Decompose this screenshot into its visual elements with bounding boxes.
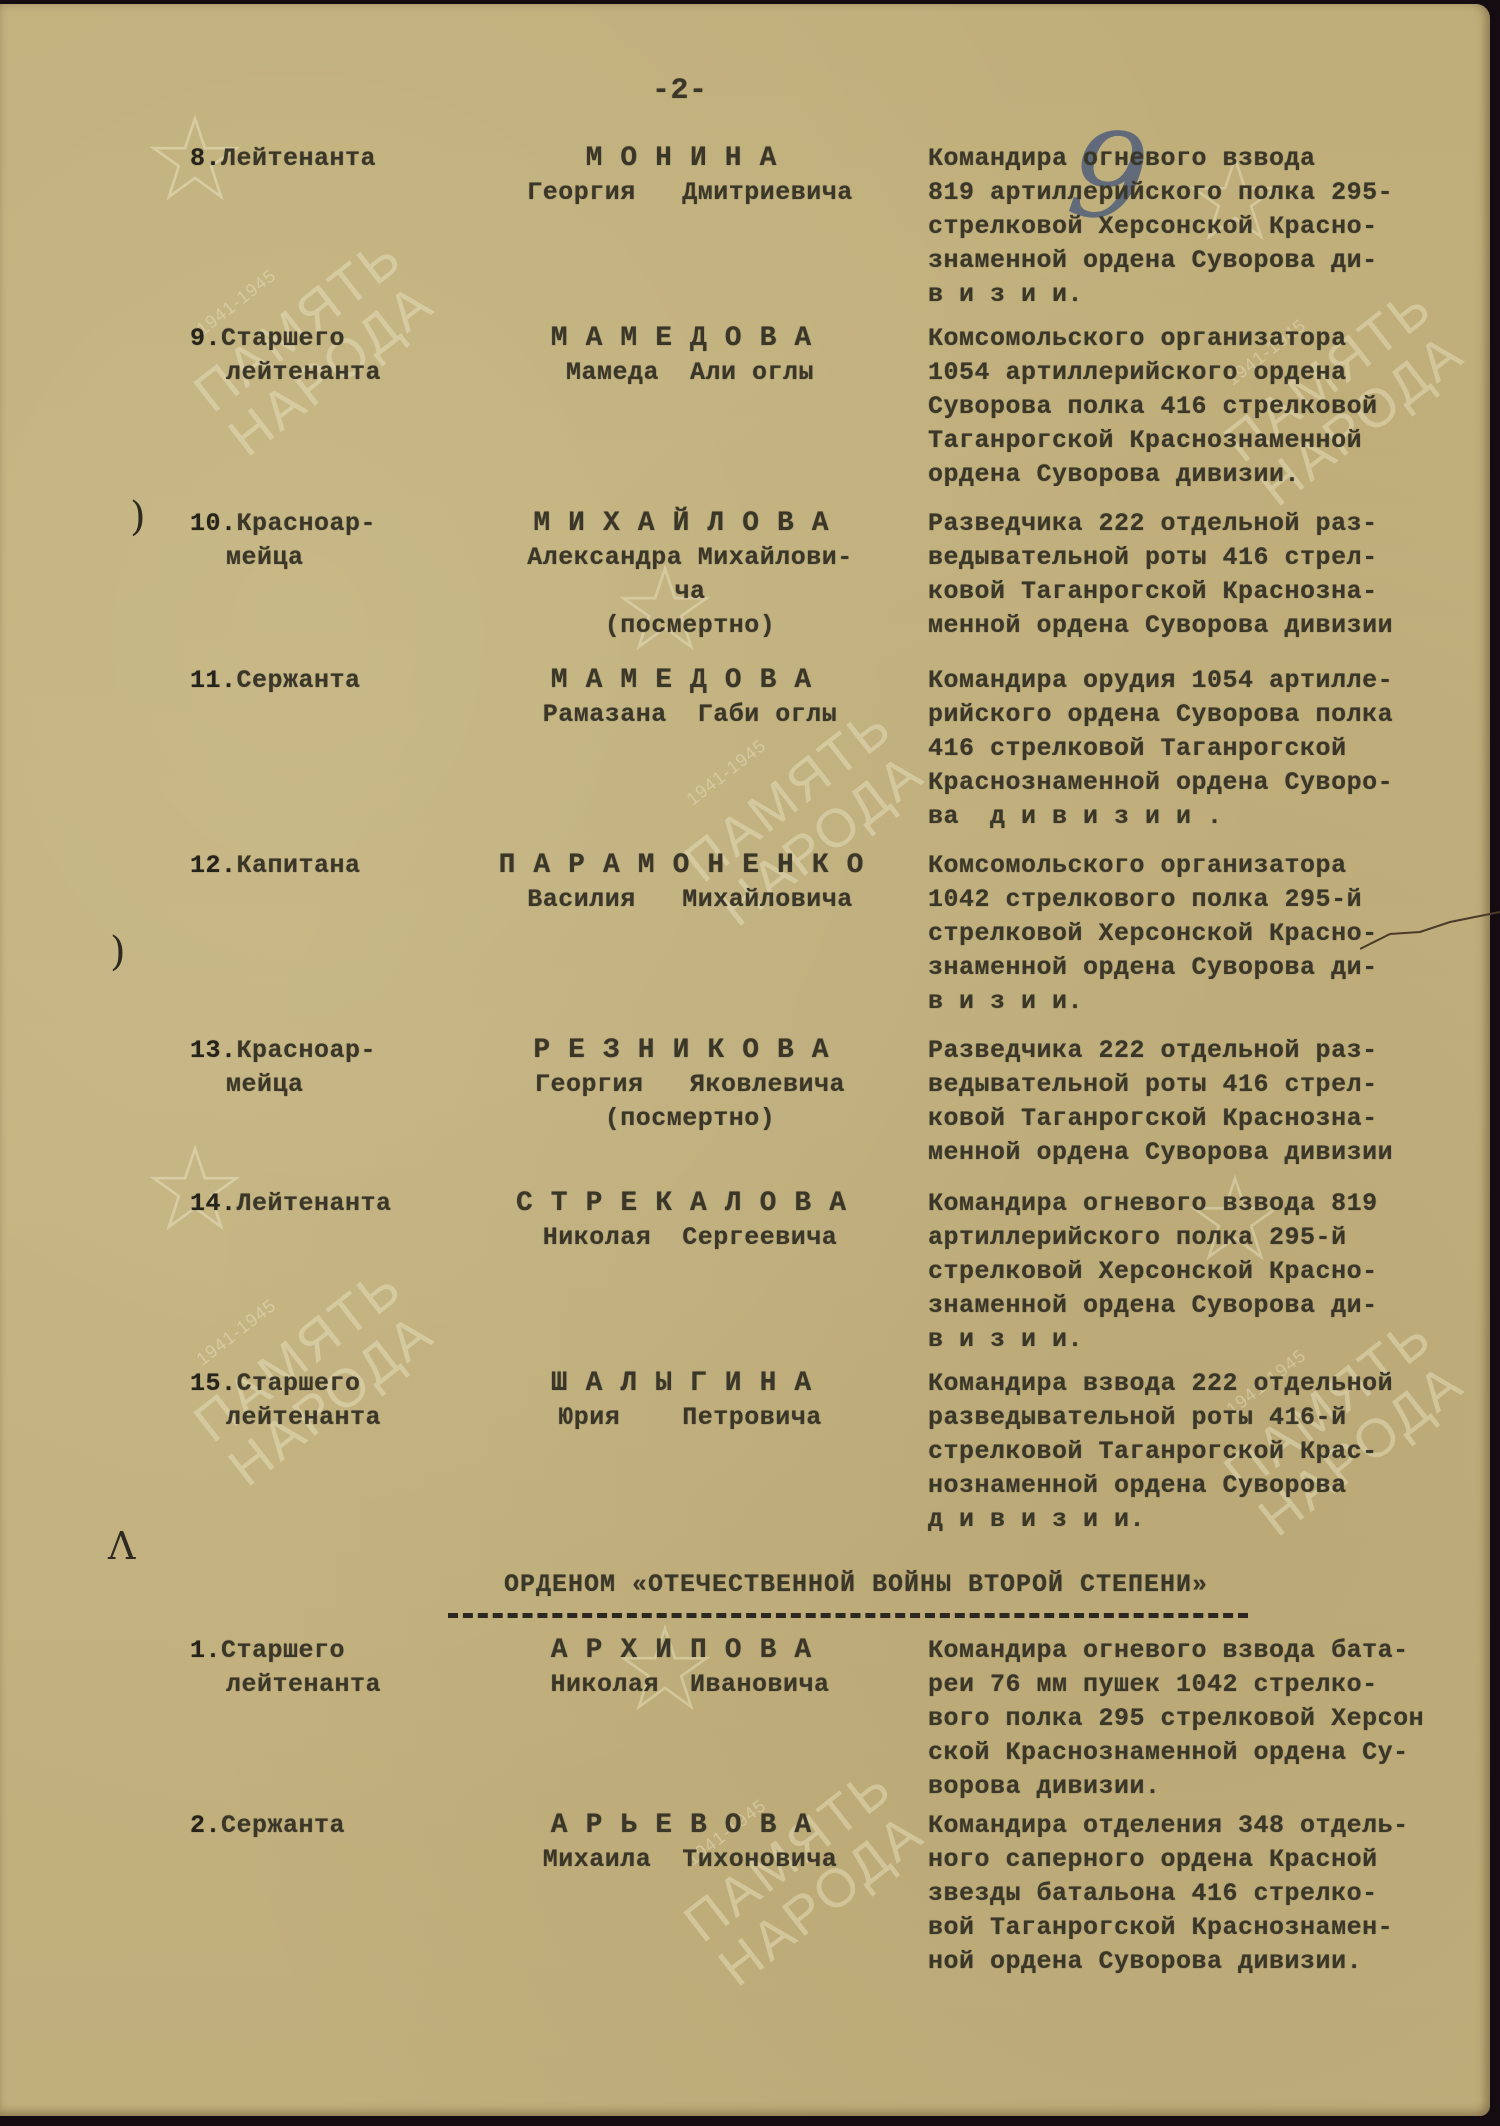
page-number: -2- — [652, 74, 708, 108]
description-line: Комсомольского организатора — [928, 849, 1483, 883]
surname: МИХАЙЛОВА — [470, 507, 910, 541]
entry-name: СТРЕКАЛОВАНиколая Сергеевича — [470, 1187, 910, 1255]
entry-name: МОНИНАГеоргия Дмитриевича — [470, 142, 910, 210]
description-line: знаменной ордена Суворова ди- — [928, 951, 1483, 985]
description-line: ковой Таганрогской Краснозна- — [928, 1102, 1483, 1136]
entry-number: 15. — [190, 1369, 237, 1398]
section-heading: ОРДЕНОМ «ОТЕЧЕСТВЕННОЙ ВОЙНЫ ВТОРОЙ СТЕП… — [446, 1570, 1266, 1599]
given-names: Михаила Тихоновича — [470, 1843, 910, 1877]
entry-description: Командира огневого взвода819 артиллерийс… — [928, 142, 1483, 312]
description-line: Командира огневого взвода 819 — [928, 1187, 1483, 1221]
rank-line: Лейтенанта — [221, 144, 376, 173]
description-line: в и з и и. — [928, 1323, 1483, 1357]
given-names: ча — [470, 575, 910, 609]
description-line: Комсомольского организатора — [928, 322, 1483, 356]
given-names: Георгия Яковлевича — [470, 1068, 910, 1102]
rank-line: лейтенанта — [190, 1403, 381, 1432]
entry-rank: 11.Сержанта — [190, 664, 361, 698]
surname: МАМЕДОВА — [470, 664, 910, 698]
description-line: стрелковой Херсонской Красно- — [928, 917, 1483, 951]
description-line: менной ордена Суворова дивизии — [928, 609, 1483, 643]
description-line: д и в и з и и. — [928, 1503, 1483, 1537]
entry-number: 12. — [190, 851, 237, 880]
entry-description: Командира отделения 348 отдель-ного сапе… — [928, 1809, 1483, 1979]
entry-name: РЕЗНИКОВАГеоргия Яковлевича(посмертно) — [470, 1034, 910, 1136]
rank-line: Сержанта — [221, 1811, 345, 1840]
entry-number: 10. — [190, 509, 237, 538]
entry-rank: 8.Лейтенанта — [190, 142, 376, 176]
entry-number: 9. — [190, 324, 221, 353]
entry-name: МАМЕДОВАМамеда Али оглы — [470, 322, 910, 390]
section-divider — [448, 1613, 1248, 1618]
entry-rank: 9.Старшеголейтенанта — [190, 322, 381, 390]
description-line: ведывательной роты 416 стрел- — [928, 1068, 1483, 1102]
entry-number: 2. — [190, 1811, 221, 1840]
entry-rank: 13.Красноар-мейца — [190, 1034, 376, 1102]
description-line: в и з и и. — [928, 985, 1483, 1019]
description-line: нознаменной ордена Суворова — [928, 1469, 1483, 1503]
description-line: менной ордена Суворова дивизии — [928, 1136, 1483, 1170]
description-line: знаменной ордена Суворова ди- — [928, 1289, 1483, 1323]
margin-check-mark-icon: Ʌ — [108, 1524, 135, 1568]
rank-line: Сержанта — [237, 666, 361, 695]
entry-number: 8. — [190, 144, 221, 173]
description-line: Командира взвода 222 отдельной — [928, 1367, 1483, 1401]
given-names: Рамазана Габи оглы — [470, 698, 910, 732]
description-line: ковой Таганрогской Краснозна- — [928, 575, 1483, 609]
given-names: Мамеда Али оглы — [470, 356, 910, 390]
description-line: Разведчика 222 отдельной раз- — [928, 507, 1483, 541]
description-line: Командира отделения 348 отдель- — [928, 1809, 1483, 1843]
description-line: в и з и и. — [928, 278, 1483, 312]
description-line: Суворова полка 416 стрелковой — [928, 390, 1483, 424]
watermark: 1941-1945 ПАМЯТЬ НАРОДА — [150, 1213, 447, 1496]
description-line: ведывательной роты 416 стрел- — [928, 541, 1483, 575]
description-line: Краснознаменной ордена Суворо- — [928, 766, 1483, 800]
description-line: вого полка 295 стрелковой Херсон — [928, 1702, 1483, 1736]
description-line: рийского ордена Суворова полка — [928, 698, 1483, 732]
surname: РЕЗНИКОВА — [470, 1034, 910, 1068]
given-names: Георгия Дмитриевича — [470, 176, 910, 210]
given-names: Юрия Петровича — [470, 1401, 910, 1435]
description-line: Таганрогской Краснознаменной — [928, 424, 1483, 458]
rank-line: мейца — [190, 543, 304, 572]
entry-description: Командира огневого взвода бата-реи 76 мм… — [928, 1634, 1483, 1804]
entry-rank: 15.Старшеголейтенанта — [190, 1367, 381, 1435]
entry-description: Комсомольского организатора1042 стрелков… — [928, 849, 1483, 1019]
entry-description: Комсомольского организатора1054 артиллер… — [928, 322, 1483, 492]
margin-check-mark-icon: ) — [130, 494, 146, 540]
entry-number: 11. — [190, 666, 237, 695]
surname: АРЬЕВОВА — [470, 1809, 910, 1843]
surname: МОНИНА — [470, 142, 910, 176]
surname: МАМЕДОВА — [470, 322, 910, 356]
rank-line: лейтенанта — [190, 358, 381, 387]
entry-name: МИХАЙЛОВААлександра Михайлови-ча(посмерт… — [470, 507, 910, 643]
entry-description: Командира огневого взвода 819артиллерийс… — [928, 1187, 1483, 1357]
rank-line: Капитана — [237, 851, 361, 880]
entry-name: МАМЕДОВАРамазана Габи оглы — [470, 664, 910, 732]
entry-number: 14. — [190, 1189, 237, 1218]
rank-line: Красноар- — [237, 1036, 377, 1065]
surname: АРХИПОВА — [470, 1634, 910, 1668]
given-names: Николая Ивановича — [470, 1668, 910, 1702]
description-line: 1054 артиллерийского ордена — [928, 356, 1483, 390]
entry-description: Командира взвода 222 отдельнойразведыват… — [928, 1367, 1483, 1537]
description-line: Командира орудия 1054 артилле- — [928, 664, 1483, 698]
rank-line: лейтенанта — [190, 1670, 381, 1699]
description-line: стрелковой Херсонской Красно- — [928, 210, 1483, 244]
description-line: реи 76 мм пушек 1042 стрелко- — [928, 1668, 1483, 1702]
rank-line: мейца — [190, 1070, 304, 1099]
surname: ПАРАМОНЕНКО — [470, 849, 910, 883]
description-line: ного саперного ордена Красной — [928, 1843, 1483, 1877]
rank-line: Старшего — [221, 1636, 345, 1665]
description-line: артиллерийского полка 295-й — [928, 1221, 1483, 1255]
entry-description: Разведчика 222 отдельной раз-ведывательн… — [928, 507, 1483, 643]
given-names: Александра Михайлови- — [470, 541, 910, 575]
entry-rank: 14.Лейтенанта — [190, 1187, 392, 1221]
description-line: Разведчика 222 отдельной раз- — [928, 1034, 1483, 1068]
entry-name: ПАРАМОНЕНКОВасилия Михайловича — [470, 849, 910, 917]
description-line: ордена Суворова дивизии. — [928, 458, 1483, 492]
description-line: 819 артиллерийского полка 295- — [928, 176, 1483, 210]
description-line: ной ордена Суворова дивизии. — [928, 1945, 1483, 1979]
entry-description: Командира орудия 1054 артилле-рийского о… — [928, 664, 1483, 834]
description-line: Командира огневого взвода бата- — [928, 1634, 1483, 1668]
entry-rank: 1.Старшеголейтенанта — [190, 1634, 381, 1702]
description-line: стрелковой Херсонской Красно- — [928, 1255, 1483, 1289]
entry-name: ШАЛЫГИНАЮрия Петровича — [470, 1367, 910, 1435]
entry-description: Разведчика 222 отдельной раз-ведывательн… — [928, 1034, 1483, 1170]
entry-name: АРЬЕВОВАМихаила Тихоновича — [470, 1809, 910, 1877]
description-line: ворова дивизии. — [928, 1770, 1483, 1804]
description-line: стрелковой Таганрогской Крас- — [928, 1435, 1483, 1469]
given-names: Василия Михайловича — [470, 883, 910, 917]
rank-line: Лейтенанта — [237, 1189, 392, 1218]
description-line: звезды батальона 416 стрелко- — [928, 1877, 1483, 1911]
margin-check-mark-icon: ) — [110, 929, 126, 975]
document-page: 1941-1945 ПАМЯТЬ НАРОДА 1941-1945 ПАМЯТЬ… — [0, 4, 1490, 2116]
rank-line: Красноар- — [237, 509, 377, 538]
given-names: Николая Сергеевича — [470, 1221, 910, 1255]
description-line: вой Таганрогской Краснознамен- — [928, 1911, 1483, 1945]
description-line: разведывательной роты 416-й — [928, 1401, 1483, 1435]
surname: СТРЕКАЛОВА — [470, 1187, 910, 1221]
description-line: ской Краснознаменной ордена Су- — [928, 1736, 1483, 1770]
posthumous-note: (посмертно) — [470, 609, 910, 643]
entry-rank: 2.Сержанта — [190, 1809, 345, 1843]
posthumous-note: (посмертно) — [470, 1102, 910, 1136]
description-line: ва д и в и з и и . — [928, 800, 1483, 834]
entry-rank: 10.Красноар-мейца — [190, 507, 376, 575]
description-line: Командира огневого взвода — [928, 142, 1483, 176]
description-line: 1042 стрелкового полка 295-й — [928, 883, 1483, 917]
description-line: знаменной ордена Суворова ди- — [928, 244, 1483, 278]
description-line: 416 стрелковой Таганрогской — [928, 732, 1483, 766]
entry-name: АРХИПОВАНиколая Ивановича — [470, 1634, 910, 1702]
rank-line: Старшего — [237, 1369, 361, 1398]
entry-rank: 12.Капитана — [190, 849, 361, 883]
entry-number: 13. — [190, 1036, 237, 1065]
surname: ШАЛЫГИНА — [470, 1367, 910, 1401]
rank-line: Старшего — [221, 324, 345, 353]
entry-number: 1. — [190, 1636, 221, 1665]
